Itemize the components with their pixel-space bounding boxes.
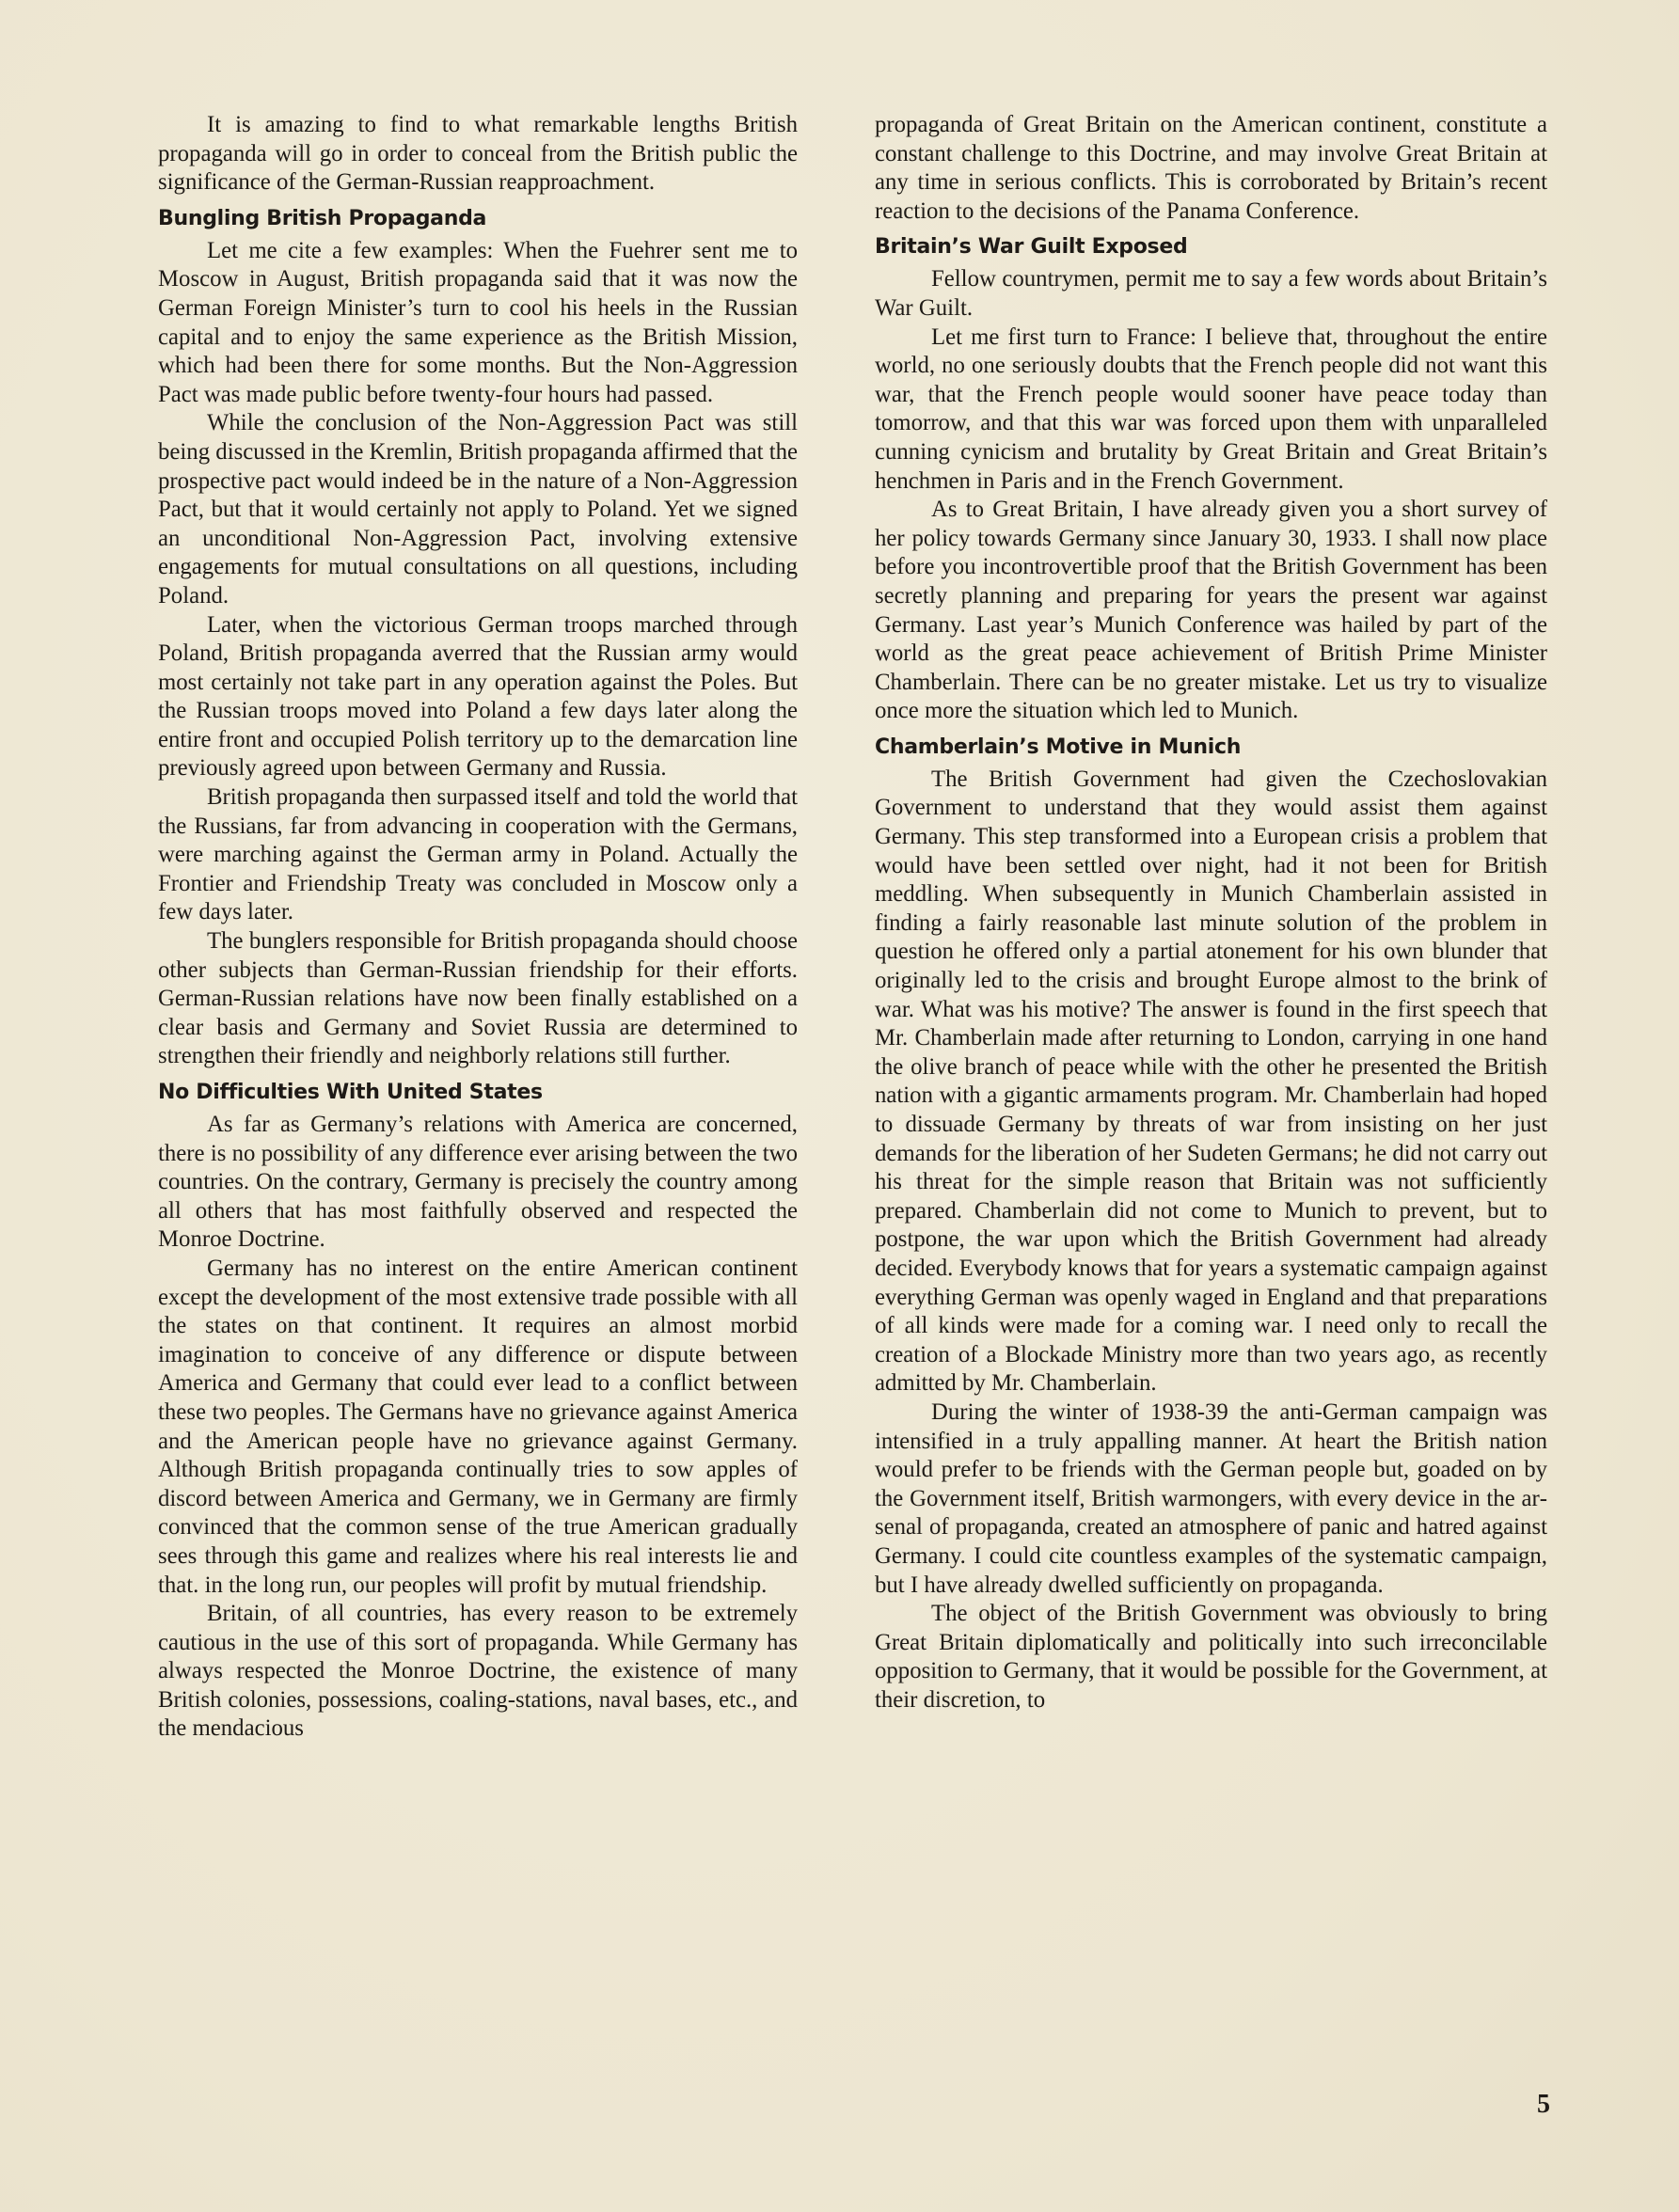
paragraph: Let me cite a few examples: When the Fue… xyxy=(158,237,798,410)
section-heading-no-difficulties-with-united-states: No Difficulties With United States xyxy=(158,1079,798,1107)
paragraph: Britain, of all countries, has every rea… xyxy=(158,1600,798,1744)
paragraph: Let me first turn to France: I believe t… xyxy=(875,324,1547,497)
document-page: It is amazing to find to what remarkable… xyxy=(0,0,1679,2212)
right-column: propaganda of Great Britain on the Ameri… xyxy=(875,111,1547,1714)
paragraph: As to Great Britain, I have already give… xyxy=(875,496,1547,726)
left-column: It is amazing to find to what remarkable… xyxy=(158,111,798,1744)
paragraph: As far as Germany’s relations with Ameri… xyxy=(158,1111,798,1255)
intro-paragraph: It is amazing to find to what remarkable… xyxy=(158,111,798,197)
paragraph: The object of the British Government was… xyxy=(875,1600,1547,1714)
continuation-paragraph: propaganda of Great Britain on the Ameri… xyxy=(875,111,1547,226)
section-heading-britains-war-guilt-exposed: Britain’s War Guilt Exposed xyxy=(875,233,1547,261)
paragraph: The British Government had given the Cze… xyxy=(875,766,1547,1398)
paragraph: Fellow countrymen, permit me to say a fe… xyxy=(875,265,1547,323)
section-heading-bungling-british-propaganda: Bungling British Propaganda xyxy=(158,205,798,233)
paragraph: Germany has no interest on the entire Am… xyxy=(158,1255,798,1600)
paragraph: Later, when the victorious German troops… xyxy=(158,611,798,784)
paragraph: The bunglers responsible for British pro… xyxy=(158,927,798,1071)
paragraph: During the winter of 1938-39 the anti-Ge… xyxy=(875,1398,1547,1600)
paragraph: While the conclusion of the Non-Aggressi… xyxy=(158,409,798,610)
section-heading-chamberlains-motive-in-munich: Chamberlain’s Motive in Munich xyxy=(875,734,1547,762)
page-number: 5 xyxy=(1537,2090,1550,2120)
paragraph: British propaganda then surpassed itself… xyxy=(158,783,798,927)
